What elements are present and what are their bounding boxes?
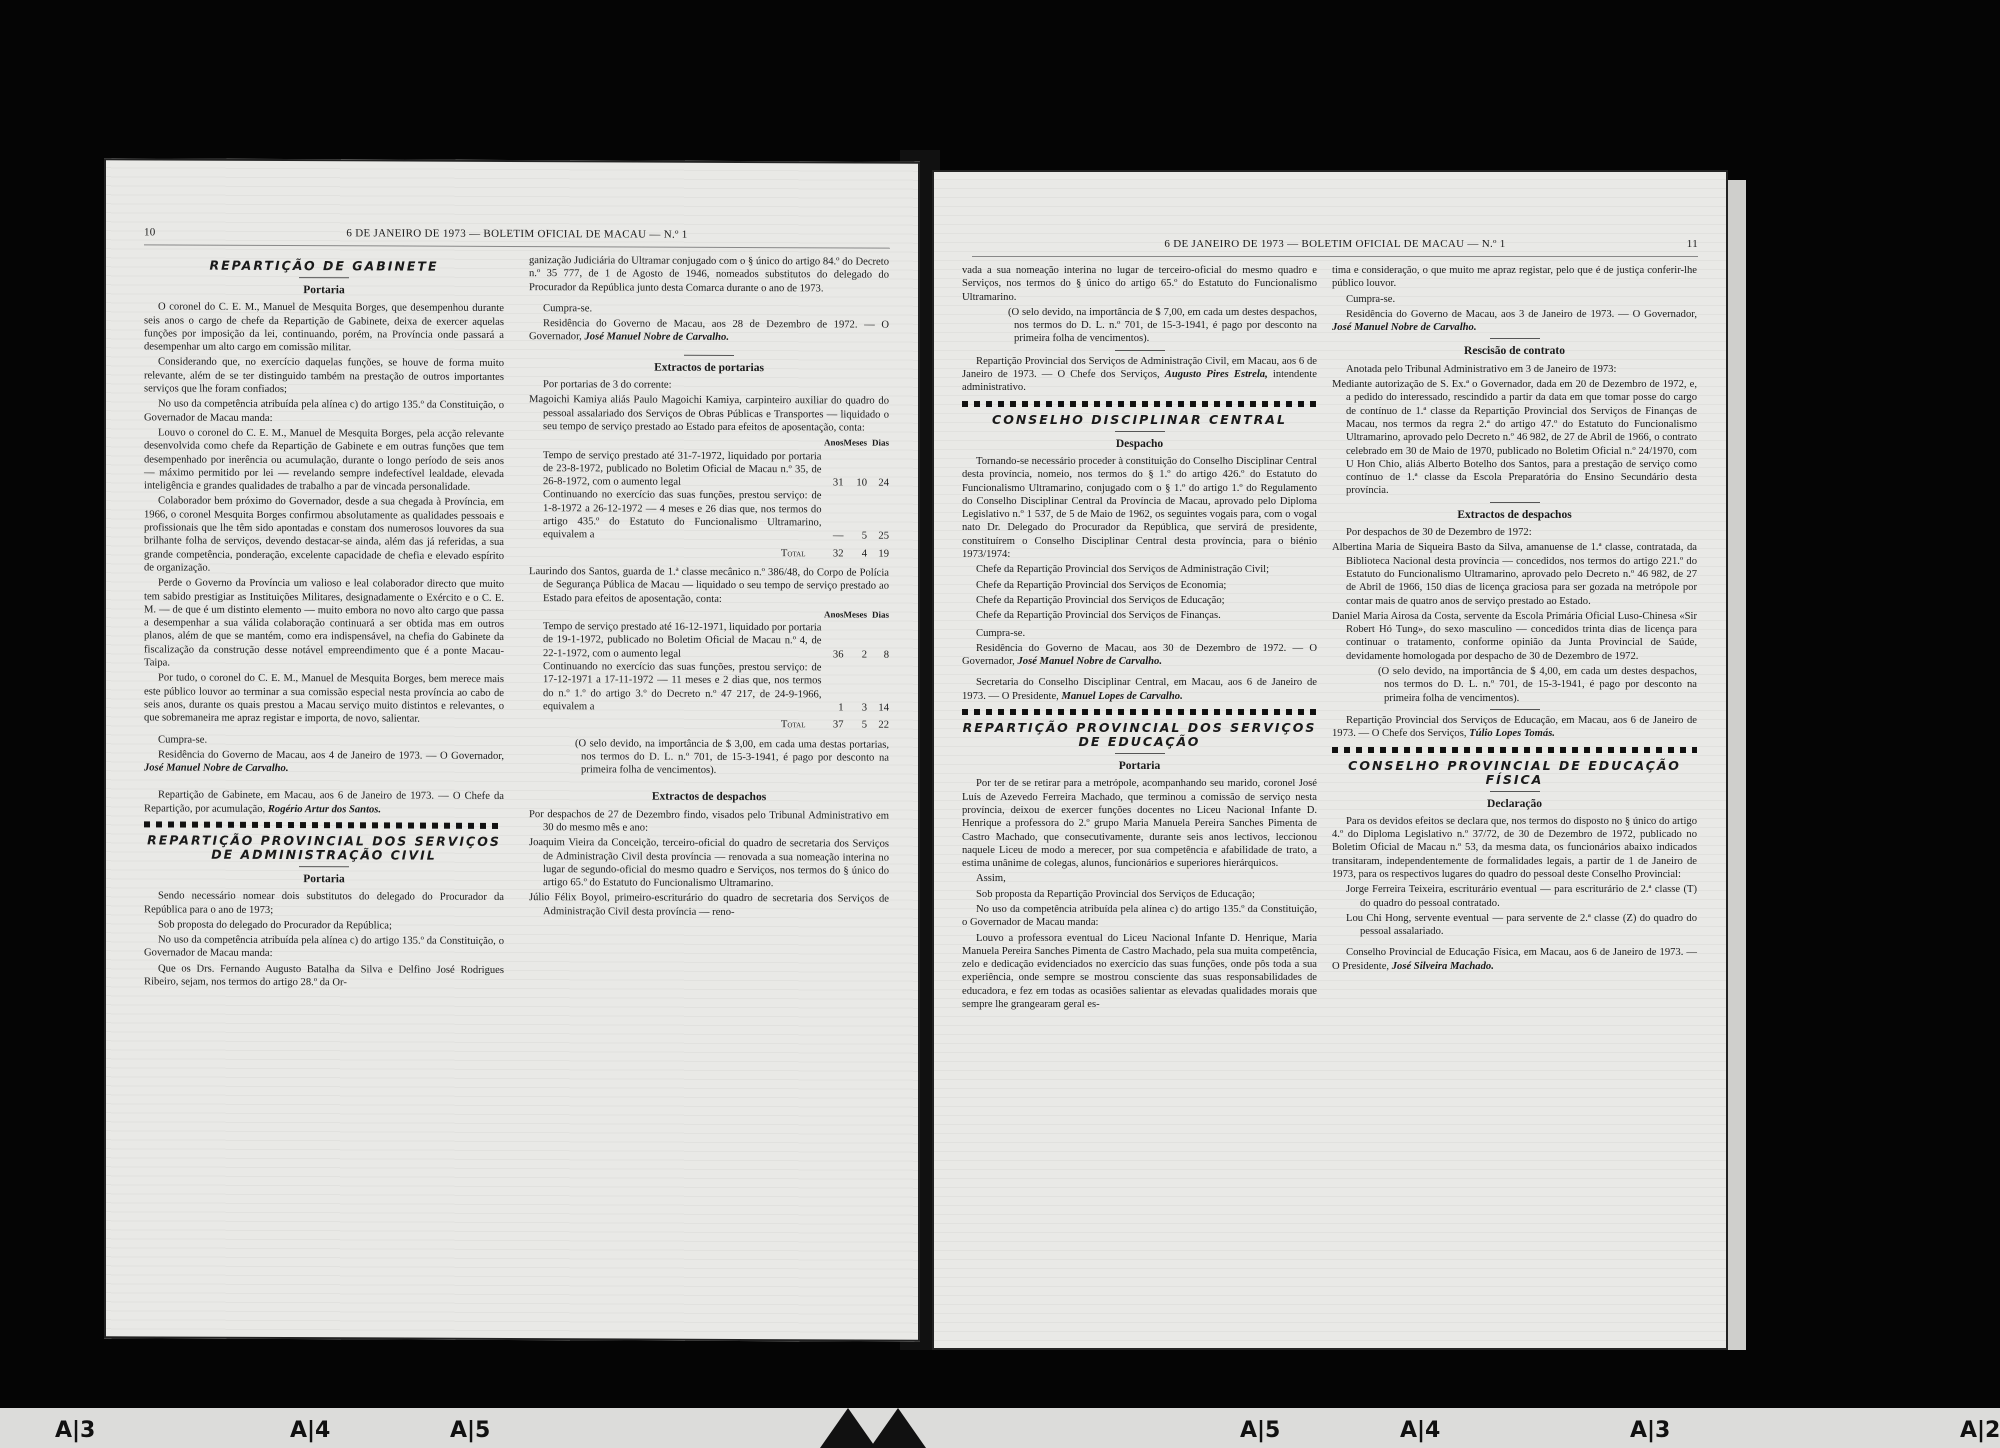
paragraph: No uso da competência atribuída pela alí… xyxy=(962,903,1317,930)
ornament-divider xyxy=(144,821,504,829)
despacho-entry: Júlio Félix Boyol, primeiro-escriturário… xyxy=(529,892,889,920)
ornament-divider xyxy=(1332,747,1697,753)
paragraph: Perde o Governo da Província um valioso … xyxy=(144,577,504,672)
ornament-divider xyxy=(962,709,1317,715)
selo-note: (O selo devido, na importância de $ 4,00… xyxy=(1332,665,1697,705)
vogal-item: Chefe da Repartição Provincial dos Servi… xyxy=(962,594,1317,607)
section-subtitle: Extractos de despachos xyxy=(529,790,889,805)
reparticao-line: Repartição de Gabinete, em Macau, aos 6 … xyxy=(144,789,504,817)
running-head-title: 6 DE JANEIRO DE 1973 — BOLETIM OFICIAL D… xyxy=(144,226,890,241)
divider xyxy=(1490,709,1540,710)
secretaria-line: Secretaria do Conselho Disciplinar Centr… xyxy=(962,676,1317,703)
section-subtitle: Despacho xyxy=(962,438,1317,451)
residencia-line: Residência do Governo de Macau, aos 3 de… xyxy=(1332,308,1697,335)
section-title: REPARTIÇÃO DE GABINETE xyxy=(144,258,504,274)
reparticao-line: Repartição Provincial dos Serviços de Ed… xyxy=(1332,714,1697,741)
paragraph: Assim, xyxy=(962,872,1317,885)
film-frame-label: A|3 xyxy=(55,1418,95,1443)
right-column-1: vada a sua nomeação interina no lugar de… xyxy=(962,264,1317,1013)
film-frame-label: A|3 xyxy=(1630,1418,1670,1443)
page-edge xyxy=(1728,180,1746,1350)
section-subtitle: Portaria xyxy=(144,283,504,298)
divider xyxy=(299,866,349,867)
paragraph: Louvo o coronel do C. E. M., Manuel de M… xyxy=(144,426,504,494)
section-subtitle: Rescisão de contrato xyxy=(1332,345,1697,358)
section-subtitle: Declaração xyxy=(1332,798,1697,811)
section-title: CONSELHO PROVINCIAL DE EDUCAÇÃOFÍSICA xyxy=(1332,759,1697,787)
divider xyxy=(1490,338,1540,339)
table-total-row: Total32419 xyxy=(529,542,889,561)
divider xyxy=(1115,431,1165,432)
signature: José Manuel Nobre de Carvalho. xyxy=(584,332,729,344)
transition-item: Lou Chi Hong, servente eventual — para s… xyxy=(1332,912,1697,939)
table-row: Continuando no exercício das suas funçõe… xyxy=(529,489,889,544)
running-head: 10 6 DE JANEIRO DE 1973 — BOLETIM OFICIA… xyxy=(144,226,890,248)
despacho-entry: Daniel Maria Airosa da Costa, servente d… xyxy=(1332,610,1697,663)
reparticao-line: Repartição Provincial dos Serviços de Ad… xyxy=(962,355,1317,395)
divider xyxy=(1490,791,1540,792)
film-frame-label: A|4 xyxy=(290,1418,330,1443)
signature: Manuel Lopes de Carvalho. xyxy=(1061,691,1182,702)
paragraph: Por ter de se retirar para a metrópole, … xyxy=(962,777,1317,870)
section-title: REPARTIÇÃO PROVINCIAL DOS SERVIÇOSDE EDU… xyxy=(962,721,1317,749)
film-frame-label: A|2 xyxy=(1960,1418,2000,1443)
transition-item: Jorge Ferreira Teixeira, escriturário ev… xyxy=(1332,883,1697,910)
cumpra-se: Cumpra-se. xyxy=(1332,293,1697,306)
paragraph: Colaborador bem próximo do Governador, d… xyxy=(144,495,504,576)
signature: José Silveira Machado. xyxy=(1392,961,1494,972)
left-page: 10 6 DE JANEIRO DE 1973 — BOLETIM OFICIA… xyxy=(104,158,920,1342)
film-frame-label: A|5 xyxy=(450,1418,490,1443)
paragraph: Por despachos de 27 de Dezembro findo, v… xyxy=(529,808,889,836)
signature: José Manuel Nobre de Carvalho. xyxy=(1017,656,1162,667)
paragraph: Tornando-se necessário proceder à consti… xyxy=(962,455,1317,561)
right-page: 6 DE JANEIRO DE 1973 — BOLETIM OFICIAL D… xyxy=(932,170,1728,1350)
table-row: Continuando no exercício das suas funçõe… xyxy=(529,660,889,715)
residencia-line: Residência do Governo de Macau, aos 30 d… xyxy=(962,642,1317,669)
paragraph: Louvo a professora eventual do Liceu Nac… xyxy=(962,932,1317,1012)
service-time-table: AnosMesesDias Tempo de serviço prestado … xyxy=(529,607,889,732)
section-subtitle: Extractos de portarias xyxy=(529,361,889,376)
entry-intro: Magoichi Kamiya aliás Paulo Magoichi Kam… xyxy=(529,393,889,434)
divider xyxy=(1115,753,1165,754)
paragraph: Sob proposta da Repartição Provincial do… xyxy=(962,888,1317,901)
paragraph: tima e consideração, o que muito me apra… xyxy=(1332,264,1697,291)
paragraph: Sendo necessário nomear dois substitutos… xyxy=(144,890,504,918)
film-frame-label: A|4 xyxy=(1400,1418,1440,1443)
residencia-line: Residência do Governo de Macau, aos 28 d… xyxy=(529,317,889,345)
divider xyxy=(1490,502,1540,503)
cumpra-se: Cumpra-se. xyxy=(144,733,504,748)
selo-note: (O selo devido, na importância de $ 7,00… xyxy=(962,306,1317,346)
signature: José Manuel Nobre de Carvalho. xyxy=(144,762,289,774)
vogal-item: Chefe da Repartição Provincial dos Servi… xyxy=(962,563,1317,576)
paragraph: No uso da competência atribuída pela alí… xyxy=(144,934,504,962)
despacho-entry: Albertina Maria de Siqueira Basto da Sil… xyxy=(1332,541,1697,607)
paragraph: Que os Drs. Fernando Augusto Batalha da … xyxy=(144,962,504,990)
section-subtitle: Portaria xyxy=(144,872,504,887)
paragraph: Anotada pelo Tribunal Administrativo em … xyxy=(1332,363,1697,376)
paragraph: Para os devidos efeitos se declara que, … xyxy=(1332,815,1697,881)
running-head-title: 6 DE JANEIRO DE 1973 — BOLETIM OFICIAL D… xyxy=(972,238,1698,250)
paragraph: ganização Judiciária do Ultramar conjuga… xyxy=(529,254,889,295)
vogal-item: Chefe da Repartição Provincial dos Servi… xyxy=(962,609,1317,622)
signature: Augusto Pires Estrela, xyxy=(1165,369,1268,380)
film-frame-label: A|5 xyxy=(1240,1418,1280,1443)
film-marker-arrow-icon xyxy=(820,1408,876,1448)
table-row: Tempo de serviço prestado até 16-12-1971… xyxy=(529,620,889,661)
paragraph: O coronel do C. E. M., Manuel de Mesquit… xyxy=(144,301,504,356)
despacho-entry: Joaquim Vieira da Conceição, terceiro-of… xyxy=(529,836,889,891)
paragraph: Por tudo, o coronel do C. E. M., Manuel … xyxy=(144,672,504,727)
section-title: CONSELHO DISCIPLINAR CENTRAL xyxy=(962,413,1317,427)
ornament-divider xyxy=(962,401,1317,407)
page-number: 11 xyxy=(1687,238,1698,250)
divider xyxy=(684,355,734,356)
paragraph: No uso da competência atribuída pela alí… xyxy=(144,398,504,426)
paragraph: Mediante autorização de S. Ex.ª o Govern… xyxy=(1332,378,1697,498)
table-row: Tempo de serviço prestado até 31-7-1972,… xyxy=(529,449,889,490)
divider xyxy=(1115,350,1165,351)
signature: Rogério Artur dos Santos. xyxy=(268,804,381,815)
selo-note: (O selo devido, na importância de $ 3,00… xyxy=(529,737,889,778)
conselho-line: Conselho Provincial de Educação Física, … xyxy=(1332,946,1697,973)
signature: Túlio Lopes Tomás. xyxy=(1469,728,1555,739)
section-title: REPARTIÇÃO PROVINCIAL DOS SERVIÇOSDE ADM… xyxy=(144,833,504,863)
right-column-2: tima e consideração, o que muito me apra… xyxy=(1332,264,1697,975)
section-subtitle: Extractos de despachos xyxy=(1332,509,1697,522)
film-marker-arrow-icon xyxy=(870,1408,926,1448)
cumpra-se: Cumpra-se. xyxy=(962,627,1317,640)
left-column-2: ganização Judiciária do Ultramar conjuga… xyxy=(529,254,889,922)
paragraph: Por despachos de 30 de Dezembro de 1972: xyxy=(1332,526,1697,539)
paragraph: vada a sua nomeação interina no lugar de… xyxy=(962,264,1317,304)
entry-intro: Laurindo dos Santos, guarda de 1.ª class… xyxy=(529,565,889,606)
paragraph: Sob proposta do delegado do Procurador d… xyxy=(144,918,504,933)
paragraph: Por portarias de 3 do corrente: xyxy=(529,378,889,393)
section-subtitle: Portaria xyxy=(962,760,1317,773)
service-time-table: AnosMesesDias Tempo de serviço prestado … xyxy=(529,435,889,560)
residencia-line: Residência do Governo de Macau, aos 4 de… xyxy=(144,748,504,776)
signature: José Manuel Nobre de Carvalho. xyxy=(1332,322,1477,333)
left-column-1: REPARTIÇÃO DE GABINETE Portaria O corone… xyxy=(144,252,504,992)
cumpra-se: Cumpra-se. xyxy=(529,302,889,317)
divider xyxy=(299,277,349,278)
paragraph: Considerando que, no exercício daquelas … xyxy=(144,356,504,397)
running-head: 6 DE JANEIRO DE 1973 — BOLETIM OFICIAL D… xyxy=(972,238,1698,257)
table-total-row: Total37522 xyxy=(529,713,889,732)
vogal-item: Chefe da Repartição Provincial dos Servi… xyxy=(962,579,1317,592)
